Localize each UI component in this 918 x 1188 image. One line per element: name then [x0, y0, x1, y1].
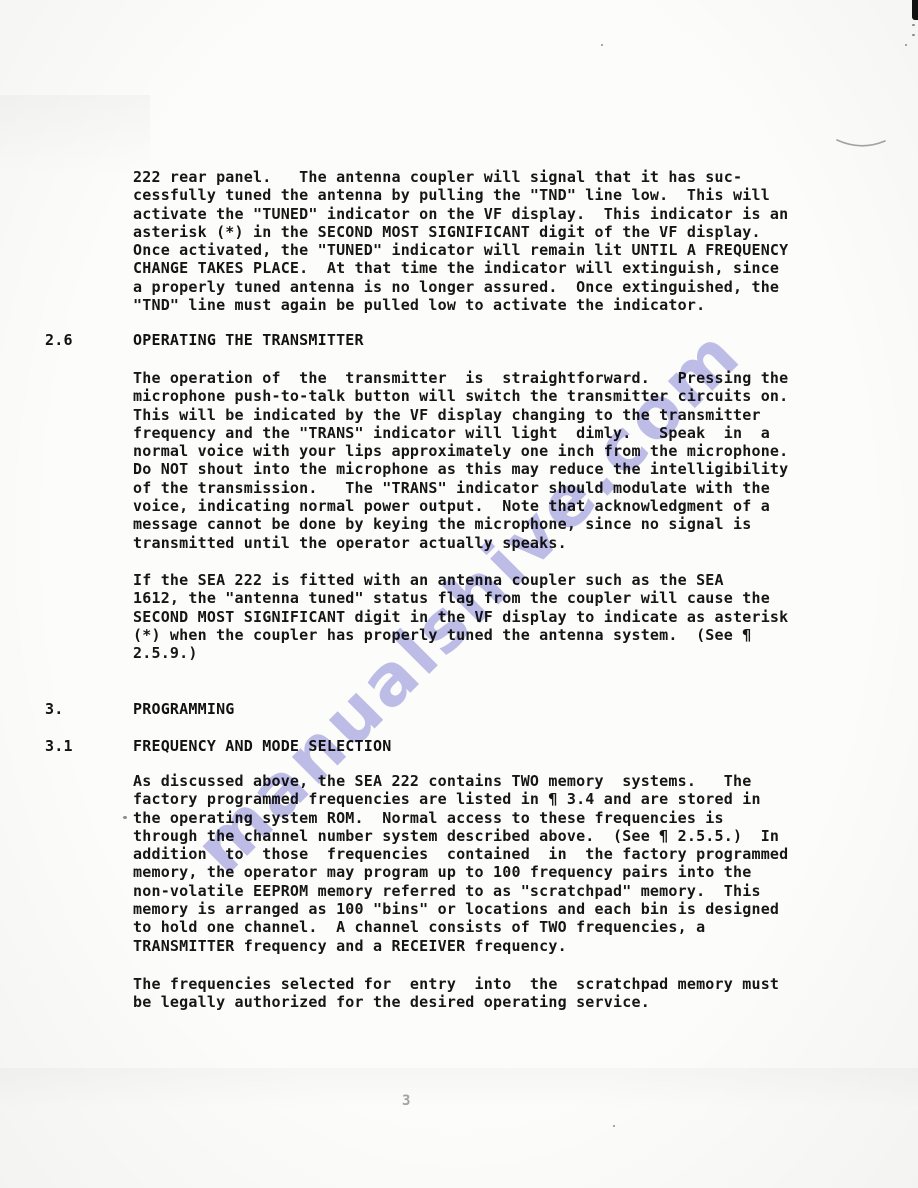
section-number: 2.6: [45, 331, 73, 349]
scan-streak: [0, 95, 150, 175]
scan-speck: [613, 1125, 615, 1127]
section-number: 3.: [45, 700, 63, 718]
scan-speck: [905, 44, 907, 46]
pen-curve-mark: [836, 136, 886, 150]
paragraph-transmitter-operation: The operation of the transmitter is stra…: [133, 369, 788, 552]
scan-speck: [601, 44, 603, 46]
section-number: 3.1: [45, 737, 73, 755]
paragraph-antenna-tuning: 222 rear panel. The antenna coupler will…: [133, 168, 788, 314]
section-title: PROGRAMMING: [133, 700, 235, 718]
scan-speck: [912, 34, 915, 36]
paragraph-memory-systems: As discussed above, the SEA 222 contains…: [133, 772, 788, 955]
paragraph-legal-authorization: The frequencies selected for entry into …: [133, 975, 779, 1012]
scanned-manual-page: 222 rear panel. The antenna coupler will…: [0, 0, 918, 1188]
paragraph-antenna-coupler: If the SEA 222 is fitted with an antenna…: [133, 571, 788, 662]
scan-corner-mark: [912, 0, 918, 20]
scan-speck: [123, 816, 127, 819]
page-number: 3: [402, 1093, 410, 1109]
scan-streak: [0, 1068, 918, 1108]
section-title: OPERATING THE TRANSMITTER: [133, 331, 364, 349]
scan-speck: [912, 24, 915, 26]
section-title: FREQUENCY AND MODE SELECTION: [133, 737, 391, 755]
